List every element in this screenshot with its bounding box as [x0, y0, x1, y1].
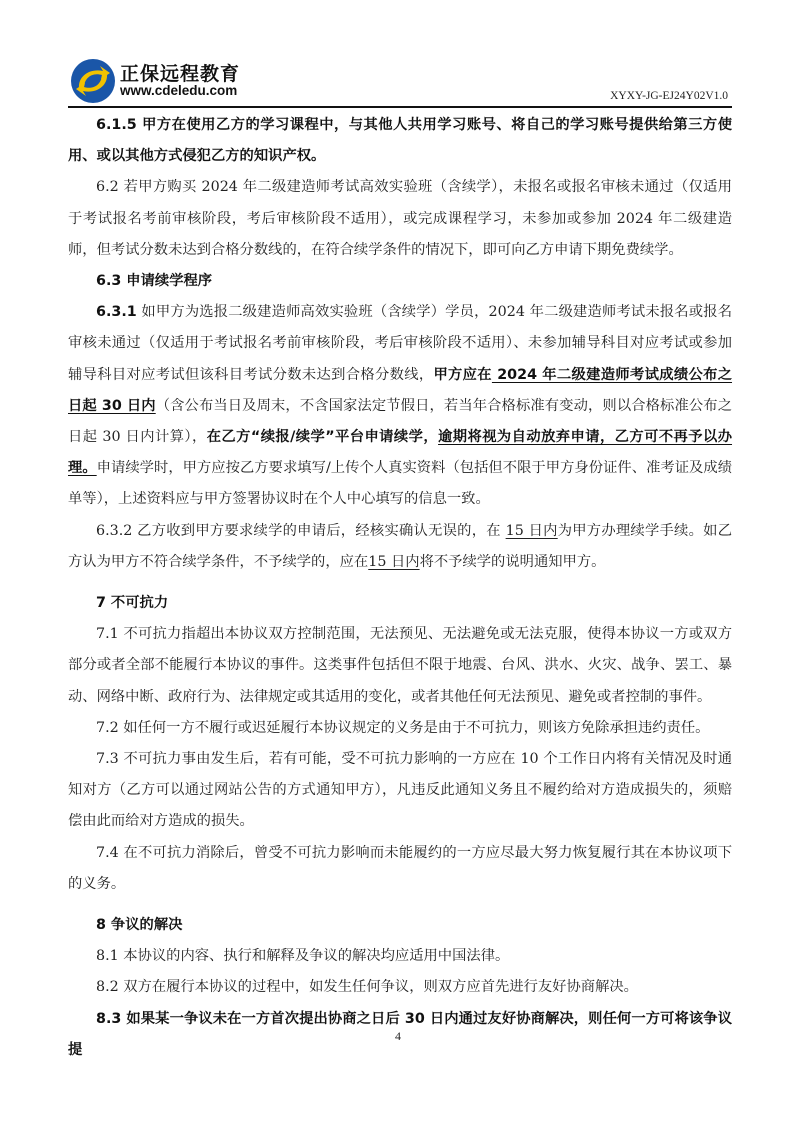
bold-text: 甲方应在 — [433, 367, 491, 383]
clause-6-3-1: 6.3.1 如甲方为选报二级建造师高效实验班（含续学）学员，2024 年二级建造… — [68, 297, 732, 515]
clause-text: 6.3.2 乙方收到甲方要求续学的申请后，经核实确认无误的，在 — [96, 523, 506, 539]
heading-8: 8 争议的解决 — [68, 910, 732, 941]
brand-url: www.cdeledu.com — [120, 83, 237, 98]
clause-7-2: 7.2 如任何一方不履行或迟延履行本协议规定的义务是由于不可抗力，则该方免除承担… — [68, 713, 732, 744]
heading-6-3: 6.3 申请续学程序 — [68, 266, 732, 297]
clause-6-1-5: 6.1.5 甲方在使用乙方的学习课程中，与其他人共用学习账号、将自己的学习账号提… — [68, 110, 732, 172]
page-number: 4 — [0, 1029, 796, 1044]
header-divider — [68, 106, 732, 108]
clause-8-1: 8.1 本协议的内容、执行和解释及争议的解决均应适用中国法律。 — [68, 941, 732, 972]
clause-6-3-2: 6.3.2 乙方收到甲方要求续学的申请后，经核实确认无误的，在 15 日内为甲方… — [68, 516, 732, 578]
document-code: XYXY-JG-EJ24Y02V1.0 — [610, 90, 728, 102]
underlined-text: 15 日内 — [368, 554, 419, 570]
clause-6-2: 6.2 若甲方购买 2024 年二级建造师考试高效实验班（含续学），未报名或报名… — [68, 172, 732, 266]
clause-text: 申请续学时，甲方应按乙方要求填写/上传个人真实资料（包括但不限于甲方身份证件、准… — [68, 460, 732, 507]
clause-7-1: 7.1 不可抗力指超出本协议双方控制范围，无法预见、无法避免或无法克服，使得本协… — [68, 619, 732, 713]
cdeledu-swirl-logo-icon — [70, 58, 116, 104]
clause-8-2: 8.2 双方在履行本协议的过程中，如发生任何争议，则双方应首先进行友好协商解决。 — [68, 972, 732, 1003]
document-body: 6.1.5 甲方在使用乙方的学习课程中，与其他人共用学习账号、将自己的学习账号提… — [68, 110, 732, 1066]
heading-7: 7 不可抗力 — [68, 588, 732, 619]
brand-name: 正保远程教育 — [120, 59, 240, 86]
clause-text: 将不予续学的说明通知甲方。 — [420, 554, 606, 570]
clause-7-4: 7.4 在不可抗力消除后，曾受不可抗力影响而未能履约的一方应尽最大努力恢复履行其… — [68, 838, 732, 900]
clause-number: 6.3.1 — [96, 304, 137, 320]
bold-text: 在乙方“续报/续学”平台申请续学， — [207, 429, 438, 445]
clause-7-3: 7.3 不可抗力事由发生后，若有可能，受不可抗力影响的一方应在 10 个工作日内… — [68, 744, 732, 838]
underlined-text: 15 日内 — [506, 523, 558, 539]
